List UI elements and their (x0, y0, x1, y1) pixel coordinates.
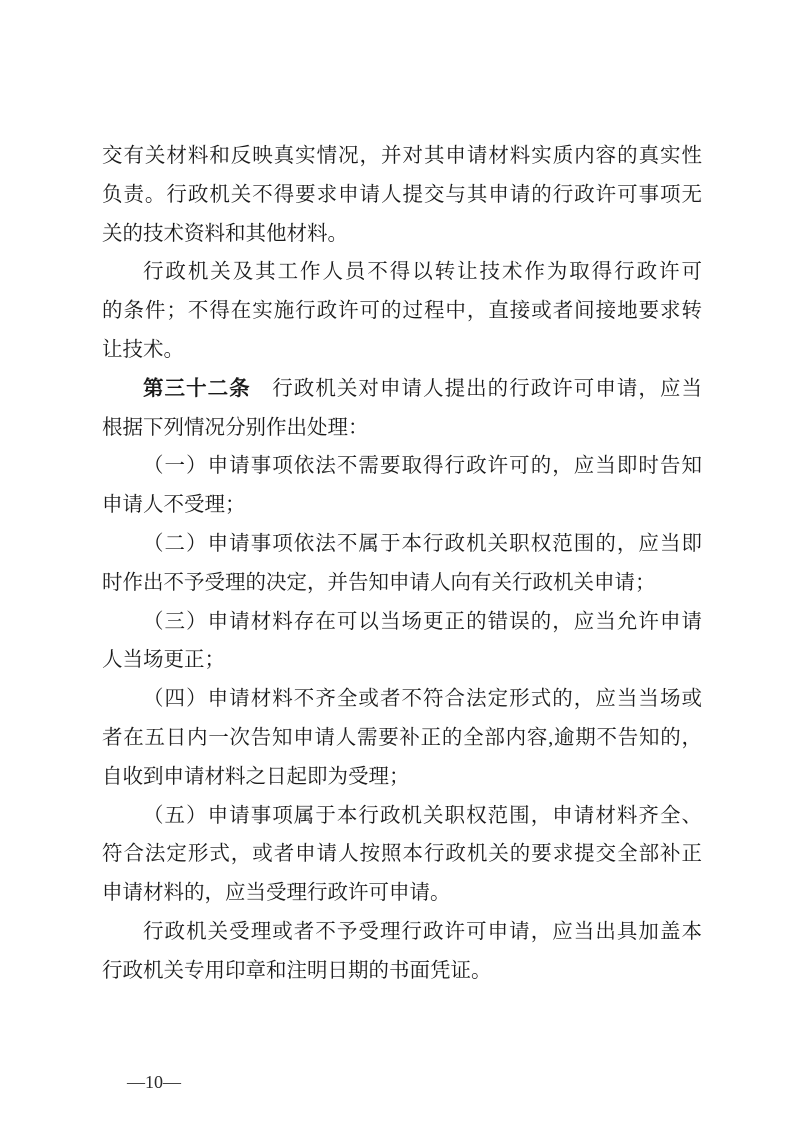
text-line: 交有关材料和反映真实情况，并对其申请材料实质内容的真实性 (102, 137, 702, 176)
paragraph-item-5: （五）申请事项属于本行政机关职权范围，申请材料齐全、 符合法定形式，或者申请人按… (102, 797, 702, 913)
paragraph: 交有关材料和反映真实情况，并对其申请材料实质内容的真实性 负责。行政机关不得要求… (102, 137, 702, 253)
text-line: 申请人不受理； (102, 486, 702, 525)
text-line: 申请材料的，应当受理行政许可申请。 (102, 874, 702, 913)
text-line: （三）申请材料存在可以当场更正的错误的，应当允许申请 (102, 603, 702, 642)
text-line: 根据下列情况分别作出处理： (102, 409, 702, 448)
paragraph-article-32: 第三十二条 行政机关对申请人提出的行政许可申请，应当 根据下列情况分别作出处理： (102, 370, 702, 448)
text-line: 行政机关专用印章和注明日期的书面凭证。 (102, 952, 702, 991)
text-line: （五）申请事项属于本行政机关职权范围，申请材料齐全、 (102, 797, 702, 836)
text-line: 让技术。 (102, 331, 702, 370)
text-line: （二）申请事项依法不属于本行政机关职权范围的，应当即 (102, 525, 702, 564)
text-line: 行政机关及其工作人员不得以转让技术作为取得行政许可 (102, 253, 702, 292)
text-line: 的条件；不得在实施行政许可的过程中，直接或者间接地要求转 (102, 292, 702, 331)
document-page: 交有关材料和反映真实情况，并对其申请材料实质内容的真实性 负责。行政机关不得要求… (0, 0, 793, 1122)
paragraph-item-2: （二）申请事项依法不属于本行政机关职权范围的，应当即 时作出不予受理的决定，并告… (102, 525, 702, 603)
text-line: 行政机关受理或者不予受理行政许可申请，应当出具加盖本 (102, 913, 702, 952)
text-line: 符合法定形式，或者申请人按照本行政机关的要求提交全部补正 (102, 835, 702, 874)
article-lead-text: 行政机关对申请人提出的行政许可申请，应当 (251, 378, 702, 400)
paragraph: 行政机关及其工作人员不得以转让技术作为取得行政许可 的条件；不得在实施行政许可的… (102, 253, 702, 369)
text-line: 人当场更正； (102, 641, 702, 680)
document-body: 交有关材料和反映真实情况，并对其申请材料实质内容的真实性 负责。行政机关不得要求… (102, 137, 702, 991)
text-line: 负责。行政机关不得要求申请人提交与其申请的行政许可事项无 (102, 176, 702, 215)
text-line: （一）申请事项依法不需要取得行政许可的，应当即时告知 (102, 447, 702, 486)
text-line: 时作出不予受理的决定，并告知申请人向有关行政机关申请； (102, 564, 702, 603)
paragraph: 行政机关受理或者不予受理行政许可申请，应当出具加盖本 行政机关专用印章和注明日期… (102, 913, 702, 991)
text-line: 者在五日内一次告知申请人需要补正的全部内容,逾期不告知的， (102, 719, 702, 758)
text-line: 第三十二条 行政机关对申请人提出的行政许可申请，应当 (102, 370, 702, 409)
paragraph-item-3: （三）申请材料存在可以当场更正的错误的，应当允许申请 人当场更正； (102, 603, 702, 681)
text-line: （四）申请材料不齐全或者不符合法定形式的，应当当场或 (102, 680, 702, 719)
paragraph-item-4: （四）申请材料不齐全或者不符合法定形式的，应当当场或 者在五日内一次告知申请人需… (102, 680, 702, 796)
text-line: 自收到申请材料之日起即为受理； (102, 758, 702, 797)
paragraph-item-1: （一）申请事项依法不需要取得行政许可的，应当即时告知 申请人不受理； (102, 447, 702, 525)
page-number: —10— (127, 1072, 181, 1092)
text-line: 关的技术资料和其他材料。 (102, 215, 702, 254)
article-number: 第三十二条 (143, 378, 251, 400)
